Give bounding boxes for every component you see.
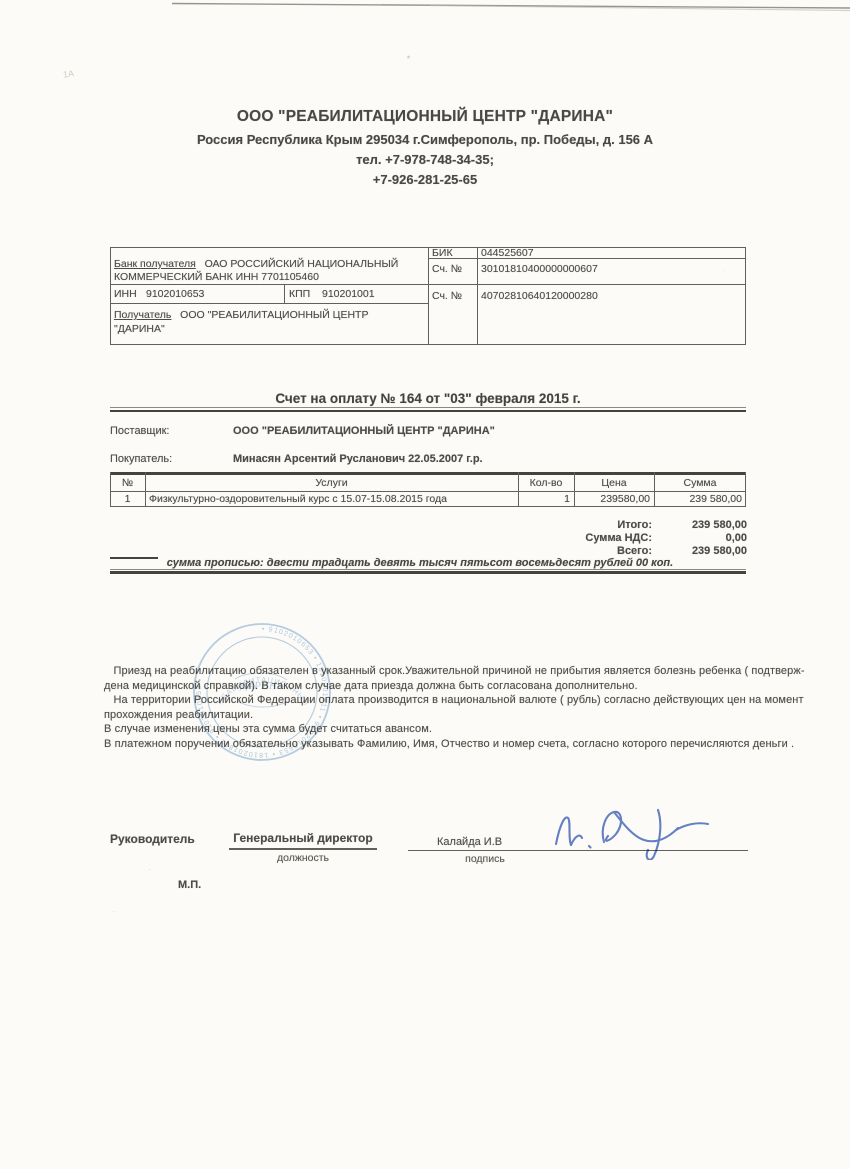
settlement-account-value: 40702810640120000280: [481, 290, 598, 302]
supplier-label: Поставщик:: [110, 425, 169, 437]
kpp-value: 910201001: [322, 288, 375, 300]
row-qty: 1: [518, 493, 570, 505]
buyer-value: Минасян Арсентий Русланович 22.05.2007 г…: [233, 453, 483, 465]
stamp-place-label: М.П.: [178, 879, 201, 891]
col-header-num: №: [110, 477, 145, 489]
position-value: Генеральный директор: [229, 831, 377, 845]
signer-name: Калайда И.В: [437, 836, 502, 848]
inn-value: 9102010653: [146, 288, 204, 300]
row-price: 239580,00: [574, 493, 650, 505]
company-name: ООО "РЕАБИЛИТАЦИОННЫЙ ЦЕНТР "ДАРИНА": [0, 108, 850, 126]
amount-in-words: сумма прописью: двести традцать девять т…: [100, 557, 740, 569]
row-service: Физкультурно-оздоровительный курс с 15.0…: [149, 493, 447, 505]
head-label: Руководитель: [110, 832, 195, 846]
total-nds-value: 0,00: [545, 532, 747, 544]
company-phone-2: +7-926-281-25-65: [0, 172, 850, 187]
recipient-cell: Получатель ООО "РЕАБИЛИТАЦИОННЫЙ ЦЕНТР "…: [114, 308, 368, 336]
row-num: 1: [110, 493, 145, 505]
bank-name-line2: КОММЕРЧЕСКИЙ БАНК ИНН 7701105460: [114, 271, 319, 283]
recipient-line1: ООО "РЕАБИЛИТАЦИОННЫЙ ЦЕНТР: [180, 309, 368, 321]
bank-label: Банк получателя: [114, 258, 196, 270]
bank-requisites-table: Банк получателя ОАО РОССИЙСКИЙ НАЦИОНАЛЬ…: [110, 247, 746, 345]
scan-speck: ٭: [406, 52, 411, 63]
col-header-price: Цена: [574, 477, 654, 489]
kpp-label: КПП: [289, 288, 310, 300]
buyer-label: Покупатель:: [110, 453, 172, 465]
total-itogo-value: 239 580,00: [545, 519, 747, 531]
col-header-sum: Сумма: [654, 477, 746, 489]
letterhead: ООО "РЕАБИЛИТАЦИОННЫЙ ЦЕНТР "ДАРИНА" Рос…: [0, 108, 850, 187]
scan-speck: ·: [112, 906, 115, 916]
scanned-invoice-page: { "header": { "company": "ООО \"РЕАБИЛИТ…: [0, 0, 850, 1169]
bank-name-cell: Банк получателя ОАО РОССИЙСКИЙ НАЦИОНАЛЬ…: [114, 258, 398, 284]
bik-value: 044525607: [481, 247, 534, 259]
inn-label: ИНН: [114, 288, 137, 300]
scan-speck: ·: [148, 864, 151, 874]
col-header-service: Услуги: [145, 477, 518, 489]
bank-name-line1: ОАО РОССИЙСКИЙ НАЦИОНАЛЬНЫЙ: [205, 258, 399, 270]
recipient-line2: "ДАРИНА": [114, 323, 165, 335]
position-caption: должность: [229, 852, 377, 864]
supplier-value: ООО "РЕАБИЛИТАЦИОННЫЙ ЦЕНТР "ДАРИНА": [233, 425, 495, 437]
pencil-corner-mark: 1А: [62, 68, 74, 79]
company-address: Россия Республика Крым 295034 г.Симфероп…: [0, 132, 850, 147]
row-sum: 239 580,00: [654, 493, 742, 505]
sign-caption: подпись: [420, 853, 550, 865]
corr-account-value: 30101810400000000607: [481, 263, 598, 275]
scan-artifact-top-line: [0, 0, 850, 16]
invoice-title: Счет на оплату № 164 от "03" февраля 201…: [110, 391, 746, 406]
handwritten-signature: [548, 802, 718, 860]
bik-label: БИК: [432, 247, 453, 259]
col-header-qty: Кол-во: [518, 477, 574, 489]
recipient-label: Получатель: [114, 309, 171, 321]
terms-text: Приезд на реабилитацию обязателен в указ…: [104, 664, 805, 752]
company-phone-1: тел. +7-978-748-34-35;: [0, 152, 850, 167]
total-vsego-value: 239 580,00: [545, 545, 747, 557]
settlement-account-label: Сч. №: [432, 290, 462, 302]
services-table: № Услуги Кол-во Цена Сумма 1 Физкультурн…: [110, 472, 746, 507]
corr-account-label: Сч. №: [432, 263, 462, 275]
